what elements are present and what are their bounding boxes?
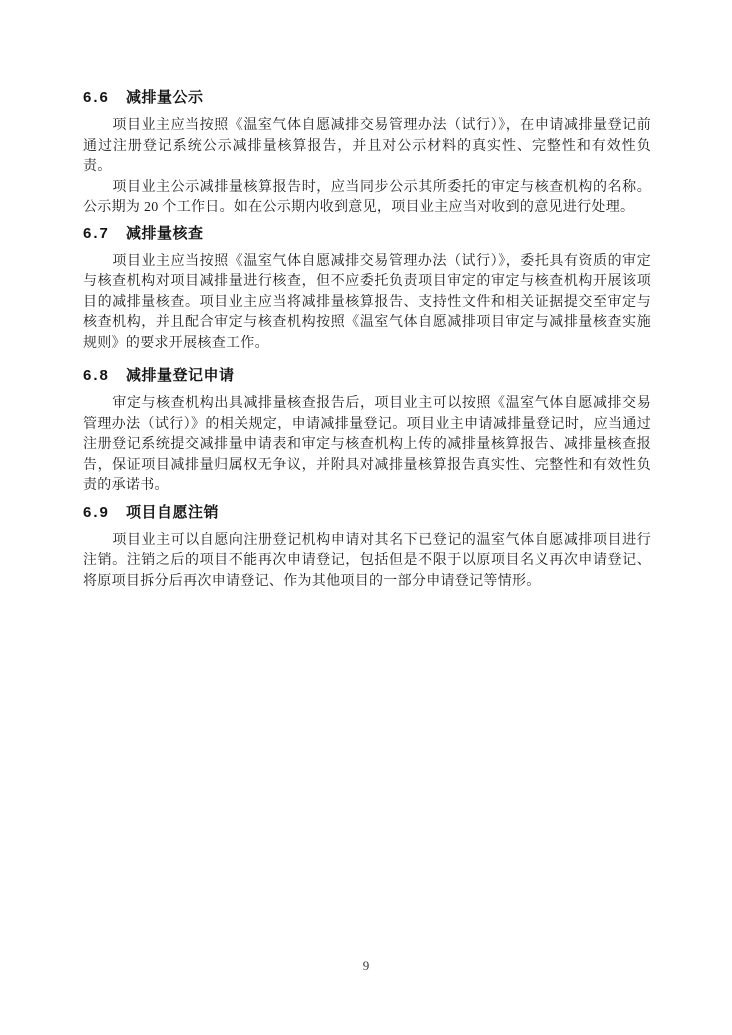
page-footer: 9 <box>0 956 732 976</box>
section-title: 减排量核查 <box>126 225 204 242</box>
document-content: 6.6 减排量公示 项目业主应当按照《温室气体自愿减排交易管理办法（试行）》，在… <box>83 88 651 592</box>
section-6-7: 6.7 减排量核查 项目业主应当按照《温室气体自愿减排交易管理办法（试行）》，委… <box>83 224 651 355</box>
page-number: 9 <box>363 958 370 973</box>
section-heading: 6.9 项目自愿注销 <box>83 503 651 523</box>
section-heading: 6.6 减排量公示 <box>83 88 651 108</box>
section-title: 项目自愿注销 <box>126 504 219 521</box>
paragraph: 项目业主应当按照《温室气体自愿减排交易管理办法（试行）》，在申请减排量登记前通过… <box>83 116 651 178</box>
paragraph: 项目业主应当按照《温室气体自愿减排交易管理办法（试行）》，委托具有资质的审定与核… <box>83 252 651 355</box>
paragraph: 审定与核查机构出具减排量核查报告后，项目业主可以按照《温室气体自愿减排交易管理办… <box>83 394 651 497</box>
section-title: 减排量登记申请 <box>126 367 235 384</box>
section-number: 6.9 <box>83 504 110 521</box>
section-6-9: 6.9 项目自愿注销 项目业主可以自愿向注册登记机构申请对其名下已登记的温室气体… <box>83 503 651 593</box>
document-page: 6.6 减排量公示 项目业主应当按照《温室气体自愿减排交易管理办法（试行）》，在… <box>0 0 732 1035</box>
section-number: 6.6 <box>83 89 110 106</box>
section-heading: 6.7 减排量核查 <box>83 224 651 244</box>
paragraph: 项目业主可以自愿向注册登记机构申请对其名下已登记的温室气体自愿减排项目进行注销。… <box>83 531 651 593</box>
section-number: 6.8 <box>83 367 110 384</box>
section-6-6: 6.6 减排量公示 项目业主应当按照《温室气体自愿减排交易管理办法（试行）》，在… <box>83 88 651 219</box>
section-title: 减排量公示 <box>126 89 204 106</box>
section-number: 6.7 <box>83 225 110 242</box>
section-heading: 6.8 减排量登记申请 <box>83 366 651 386</box>
section-6-8: 6.8 减排量登记申请 审定与核查机构出具减排量核查报告后，项目业主可以按照《温… <box>83 366 651 497</box>
paragraph: 项目业主公示减排量核算报告时，应当同步公示其所委托的审定与核查机构的名称。公示期… <box>83 178 651 219</box>
